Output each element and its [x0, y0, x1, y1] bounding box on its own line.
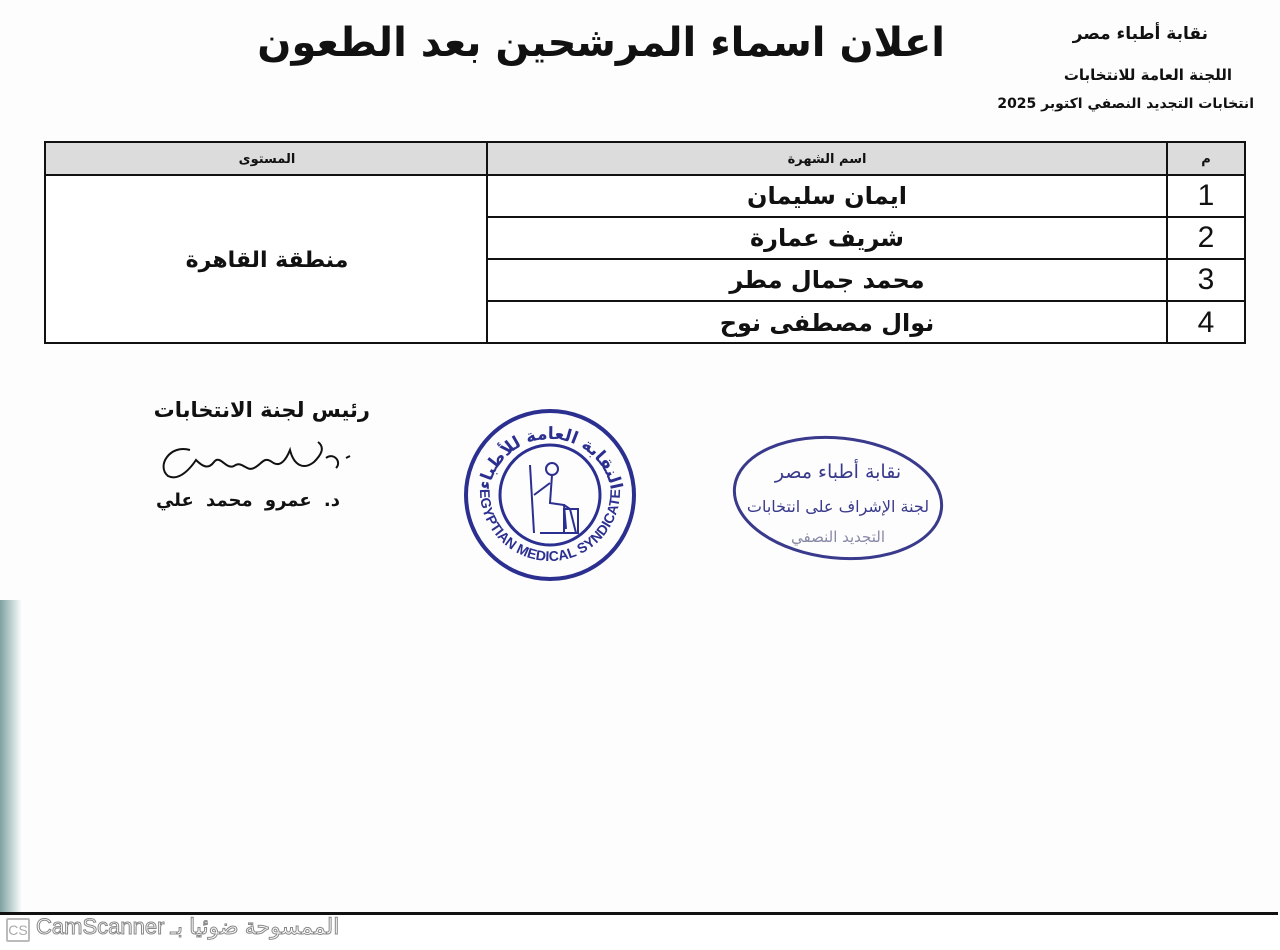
candidate-name: ايمان سليمان: [488, 176, 1166, 218]
row-number: 2: [1168, 218, 1244, 260]
svg-text:التجديد النصفي: التجديد النصفي: [791, 528, 885, 547]
page-title: اعلان اسماء المرشحين بعد الطعون: [305, 20, 945, 66]
signature-title: رئيس لجنة الانتخابات: [136, 398, 370, 422]
signatory-name: د. عمرو محمد علي: [140, 490, 340, 511]
organization-name: نقابة أطباء مصر: [1073, 24, 1208, 44]
row-number: 4: [1168, 302, 1244, 344]
supervision-committee-oval-stamp: نقابة أطباء مصر لجنة الإشراف على انتخابا…: [728, 430, 948, 570]
column-header-name: اسم الشهرة: [486, 143, 1166, 176]
svg-text:النقابة العامة للأطباء: النقابة العامة للأطباء: [474, 424, 626, 492]
candidates-table: م اسم الشهرة المستوى 1 2 3 4 ايمان سليما…: [44, 141, 1246, 344]
handwritten-signature: [150, 436, 360, 484]
committee-name: اللجنة العامة للانتخابات: [1064, 66, 1232, 84]
svg-text:نقابة أطباء مصر: نقابة أطباء مصر: [774, 459, 901, 483]
candidate-name: نوال مصطفى نوح: [488, 302, 1166, 344]
election-name: انتخابات التجديد النصفي اكتوبر 2025: [997, 96, 1254, 112]
scanned-document-page: نقابة أطباء مصر اللجنة العامة للانتخابات…: [0, 0, 1280, 915]
column-header-level: المستوى: [46, 143, 488, 176]
table-header-row: م اسم الشهرة المستوى: [46, 143, 1244, 176]
column-header-number: م: [1166, 143, 1244, 176]
name-column: ايمان سليمان شريف عمارة محمد جمال مطر نو…: [486, 176, 1166, 344]
camscanner-brand: CamScanner: [36, 914, 164, 939]
candidate-name: محمد جمال مطر: [488, 260, 1166, 302]
level-cell: منطقة القاهرة: [46, 176, 488, 344]
candidate-name: شريف عمارة: [488, 218, 1166, 260]
row-number: 1: [1168, 176, 1244, 218]
camscanner-logo-icon: CS: [6, 918, 30, 942]
camscanner-arabic-text: الممسوحة ضوئيا بـ: [170, 914, 339, 939]
syndicate-round-stamp: النقابة العامة للأطباء EGYPTIAN MEDICAL …: [460, 405, 640, 585]
svg-text:لجنة الإشراف على انتخابات: لجنة الإشراف على انتخابات: [747, 497, 929, 517]
row-number: 3: [1168, 260, 1244, 302]
seated-figure-icon: [530, 463, 578, 533]
number-column: 1 2 3 4: [1166, 176, 1244, 344]
camscanner-watermark: CamScannerالممسوحة ضوئيا بـ: [36, 914, 339, 940]
scan-edge-shadow: [0, 600, 22, 912]
